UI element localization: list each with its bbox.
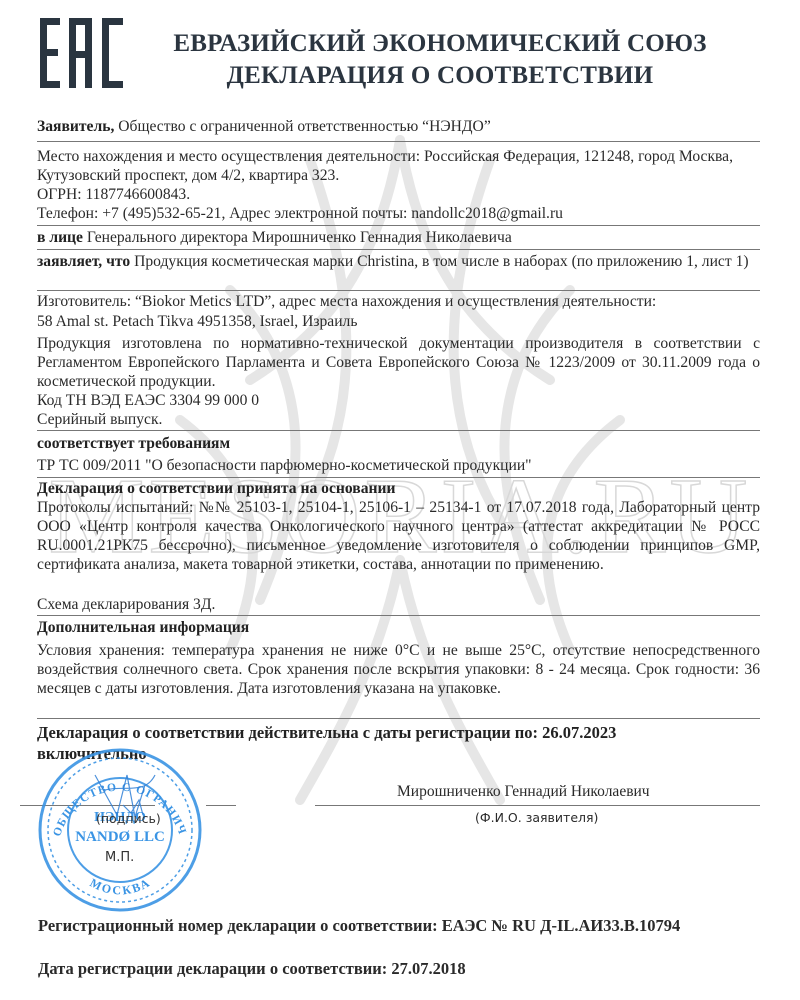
signature-caption: (подпись): [96, 811, 161, 826]
compliance-regulation: ТР ТС 009/2011 "О безопасности парфюмерн…: [37, 456, 760, 475]
statement-value: Продукция косметическая марки Christina,…: [134, 253, 749, 270]
svg-text:NANDØ LLC: NANDØ LLC: [75, 829, 165, 845]
eac-logo-icon: [40, 18, 124, 88]
hs-code: Код ТН ВЭД ЕАЭС 3304 99 000 0: [37, 391, 760, 410]
divider: [37, 615, 760, 616]
registration-number: Регистрационный номер декларации о соотв…: [38, 916, 680, 936]
represented-row: в лице Генерального директора Мирошничен…: [37, 228, 760, 247]
registration-date: Дата регистрации декларации о соответств…: [38, 959, 466, 979]
company-stamp-icon: ОБЩЕСТВО С ОГРАНИЧЕННОЙ ОТВЕТСТВЕННОСТЬЮ…: [35, 745, 205, 915]
manufacturer-line2: 58 Amal st. Petach Tikva 4951358, Israel…: [37, 312, 760, 331]
compliance-label: соответствует требованиям: [37, 434, 760, 453]
divider: [37, 141, 760, 142]
signature-line-tail: [206, 805, 236, 806]
statement-row: заявляет, что Продукция косметическая ма…: [37, 252, 760, 271]
manufacturer-line1: Изготовитель: “Biokor Metics LTD”, адрес…: [37, 292, 760, 311]
represented-label: в лице: [37, 229, 83, 246]
svg-text:МОСКВА: МОСКВА: [88, 875, 154, 898]
basis-label: Декларация о соответствии принята на осн…: [37, 479, 760, 498]
applicant-row: Заявитель, Общество с ограниченной ответ…: [37, 117, 760, 136]
divider: [37, 477, 760, 478]
applicant-ogrn: ОГРН: 1187746600843.: [37, 185, 760, 204]
signer-name: Мирошниченко Геннадий Николаевич: [397, 783, 650, 801]
signer-caption: (Ф.И.О. заявителя): [475, 810, 598, 825]
statement-label: заявляет, что: [37, 253, 130, 270]
divider: [37, 290, 760, 291]
divider: [37, 249, 760, 250]
production-basis: Продукция изготовлена по нормативно-техн…: [37, 334, 760, 391]
basis-protocols: Протоколы испытаний: №№ 25103-1, 25104-1…: [37, 498, 760, 574]
release-type: Серийный выпуск.: [37, 410, 760, 429]
additional-info-text: Условия хранения: температура хранения н…: [37, 641, 760, 698]
seal-caption: М.П.: [105, 850, 134, 865]
divider: [37, 430, 760, 431]
applicant-value: Общество с ограниченной ответственностью…: [118, 118, 490, 135]
divider: [37, 718, 760, 719]
declaration-scheme: Схема декларирования 3Д.: [37, 595, 760, 614]
applicant-address: Место нахождения и место осуществления д…: [37, 147, 760, 185]
applicant-label: Заявитель,: [37, 118, 114, 135]
divider: [37, 225, 760, 226]
header-declaration-title: ДЕКЛАРАЦИЯ О СООТВЕТСТВИИ: [160, 62, 720, 90]
additional-info-label: Дополнительная информация: [37, 618, 760, 637]
applicant-contacts: Телефон: +7 (495)532-65-21, Адрес электр…: [37, 204, 760, 223]
represented-value: Генерального директора Мирошниченко Генн…: [87, 229, 512, 246]
name-line: [315, 805, 760, 806]
header-union-title: ЕВРАЗИЙСКИЙ ЭКОНОМИЧЕСКИЙ СОЮЗ: [160, 30, 720, 58]
